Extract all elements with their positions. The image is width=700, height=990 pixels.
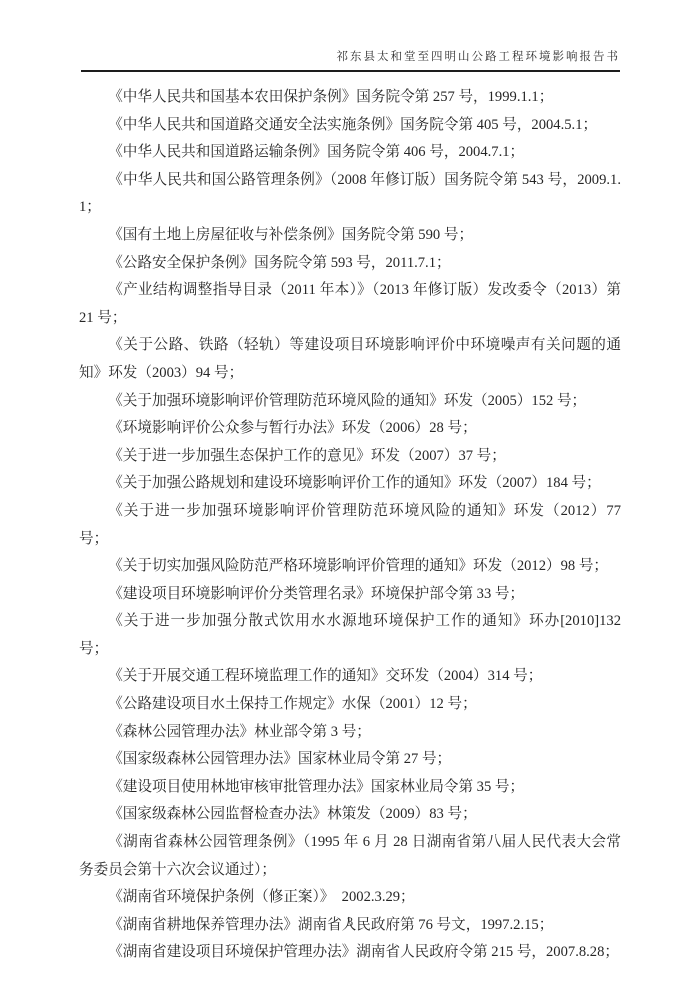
- regulation-paragraph: 《建设项目环境影响评价分类管理名录》环境保护部令第 33 号；: [79, 581, 621, 609]
- regulation-list: 《中华人民共和国基本农田保护条例》国务院令第 257 号，1999.1.1；《中…: [79, 84, 621, 967]
- page-footer: 3: [0, 915, 700, 930]
- regulation-paragraph: 《森林公园管理办法》林业部令第 3 号；: [79, 719, 621, 747]
- regulation-paragraph: 《湖南省建设项目环境保护管理办法》湖南省人民政府令第 215 号，2007.8.…: [79, 939, 621, 967]
- regulation-paragraph: 《公路建设项目水土保持工作规定》水保（2001）12 号；: [79, 691, 621, 719]
- regulation-paragraph: 《关于开展交通工程环境监理工作的通知》交环发（2004）314 号；: [79, 663, 621, 691]
- regulation-paragraph: 《中华人民共和国公路管理条例》（2008 年修订版）国务院令第 543 号，20…: [79, 167, 621, 222]
- page-header: 祁东县太和堂至四明山公路工程环境影响报告书: [81, 50, 620, 72]
- regulation-paragraph: 《中华人民共和国道路运输条例》国务院令第 406 号，2004.7.1；: [79, 139, 621, 167]
- regulation-paragraph: 《中华人民共和国基本农田保护条例》国务院令第 257 号，1999.1.1；: [79, 84, 621, 112]
- regulation-paragraph: 《关于进一步加强分散式饮用水水源地环境保护工作的通知》环办[2010]132 号…: [79, 608, 621, 663]
- regulation-paragraph: 《关于公路、铁路（轻轨）等建设项目环境影响评价中环境噪声有关问题的通知》环发（2…: [79, 332, 621, 387]
- regulation-paragraph: 《国有土地上房屋征收与补偿条例》国务院令第 590 号；: [79, 222, 621, 250]
- regulation-paragraph: 《建设项目使用林地审核审批管理办法》国家林业局令第 35 号；: [79, 774, 621, 802]
- regulation-paragraph: 《关于加强公路规划和建设环境影响评价工作的通知》环发（2007）184 号；: [79, 470, 621, 498]
- regulation-paragraph: 《湖南省森林公园管理条例》（1995 年 6 月 28 日湖南省第八届人民代表大…: [79, 829, 621, 884]
- regulation-paragraph: 《环境影响评价公众参与暂行办法》环发（2006）28 号；: [79, 415, 621, 443]
- regulation-paragraph: 《国家级森林公园管理办法》国家林业局令第 27 号；: [79, 746, 621, 774]
- regulation-paragraph: 《关于进一步加强环境影响评价管理防范环境风险的通知》环发（2012）77 号；: [79, 498, 621, 553]
- regulation-paragraph: 《关于加强环境影响评价管理防范环境风险的通知》环发（2005）152 号；: [79, 388, 621, 416]
- regulation-paragraph: 《国家级森林公园监督检查办法》林策发（2009）83 号；: [79, 801, 621, 829]
- regulation-paragraph: 《关于切实加强风险防范严格环境影响评价管理的通知》环发（2012）98 号；: [79, 553, 621, 581]
- regulation-paragraph: 《关于进一步加强生态保护工作的意见》环发（2007）37 号；: [79, 443, 621, 471]
- regulation-paragraph: 《中华人民共和国道路交通安全法实施条例》国务院令第 405 号，2004.5.1…: [79, 112, 621, 140]
- regulation-paragraph: 《公路安全保护条例》国务院令第 593 号，2011.7.1；: [79, 250, 621, 278]
- document-page: 祁东县太和堂至四明山公路工程环境影响报告书 《中华人民共和国基本农田保护条例》国…: [0, 0, 700, 990]
- header-title: 祁东县太和堂至四明山公路工程环境影响报告书: [337, 51, 621, 63]
- regulation-paragraph: 《湖南省环境保护条例（修正案）》 2002.3.29；: [79, 884, 621, 912]
- page-number: 3: [347, 915, 353, 929]
- regulation-paragraph: 《产业结构调整指导目录（2011 年本）》（2013 年修订版）发改委令（201…: [79, 277, 621, 332]
